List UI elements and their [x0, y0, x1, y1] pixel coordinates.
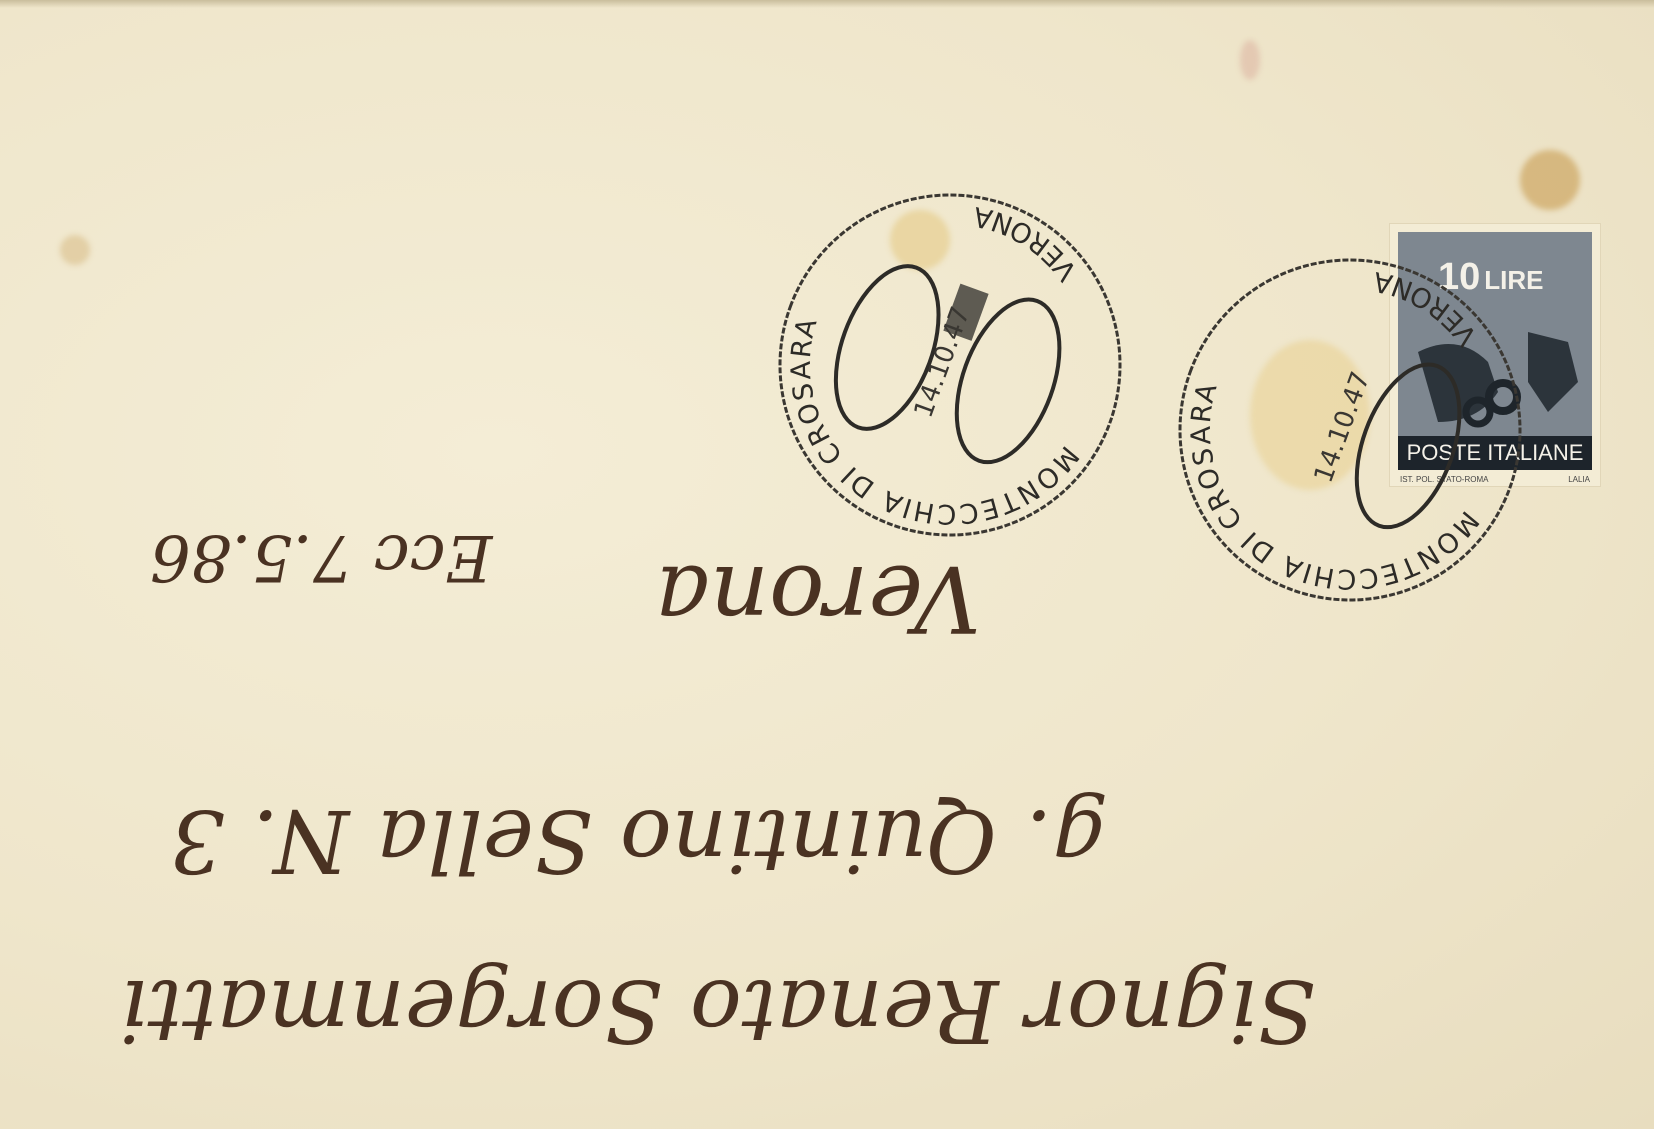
envelope: 10LIRE POSTE ITALIANE IST. POL. STATO-RO…: [0, 0, 1654, 1129]
postmark-right: MONTECCHIA DI CROSARA VERONA 14.10.47: [1170, 250, 1530, 610]
handwritten-city: Verona: [655, 545, 981, 652]
stamp-designer: LALIA: [1568, 475, 1590, 484]
stain: [1240, 40, 1260, 80]
handwritten-recipient: Signor Renato Sorgenmatti: [120, 960, 1316, 1060]
stain: [1520, 150, 1580, 210]
handwritten-address: g. Quintino Sella N. 3: [170, 790, 1108, 890]
stain: [60, 235, 90, 265]
envelope-top-edge: [0, 0, 1654, 8]
handwritten-note: Ecc 7.5.86: [150, 520, 492, 594]
postmark-left: MONTECCHIA DI CROSARA VERONA 14.10.47: [770, 185, 1130, 545]
